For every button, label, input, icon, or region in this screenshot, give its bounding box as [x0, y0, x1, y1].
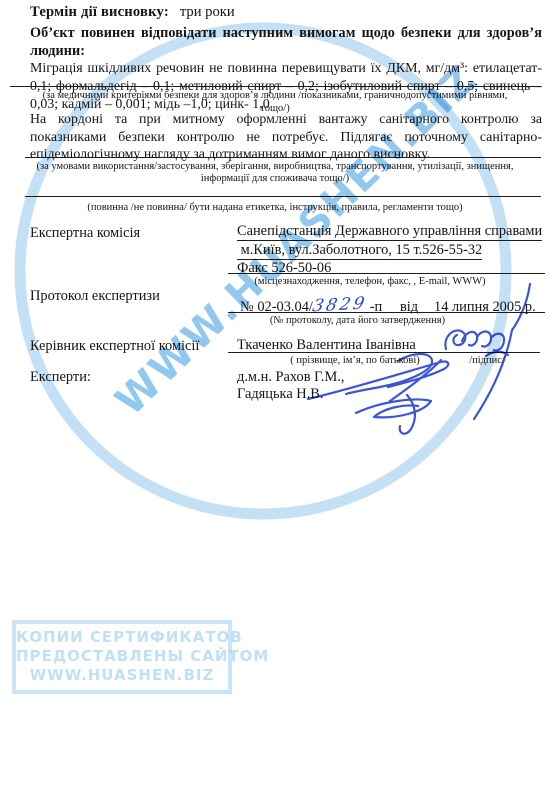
commission-org-line1: Санепідстанція Державного управління спр… — [237, 222, 542, 240]
expert-name-1: д.м.н. Рахов Г.М., — [237, 368, 344, 386]
customs-body: На кордоні та при митному оформленні ван… — [30, 112, 542, 162]
divider-rule — [228, 352, 540, 353]
requirements-heading: Об’єкт повинен відповідати наступним вим… — [30, 25, 542, 60]
protocol-label: Протокол експертизи — [30, 288, 160, 305]
customs-note-line2: інформації для споживача тощо/) — [0, 173, 550, 185]
watermark-stamp-line3: WWW.HUASHEN.BIZ — [16, 666, 228, 685]
divider-rule — [25, 196, 541, 197]
scanned-certificate-page: Термін дії висновку: три роки Об’єкт пов… — [0, 0, 550, 800]
protocol-caption: (№ протоколу, дата його затвердження) — [215, 315, 500, 326]
commission-org-line2: м.Київ, вул.Заболотного, 15 т.526-55-32 — [237, 241, 482, 259]
head-caption-signature: /підпис/ — [462, 355, 512, 366]
divider-rule — [25, 157, 541, 158]
requirements-note-line1: (за медичними критеріями безпеки для здо… — [0, 90, 550, 102]
watermark-stamp-line1: КОПИИ СЕРТИФИКАТОВ — [16, 628, 228, 647]
term-label: Термін дії висновку: — [30, 4, 169, 20]
commission-caption: (місцезнаходження, телефон, факс, , E-ma… — [225, 276, 515, 287]
customs-note-line1: (за умовами використання/застосування, з… — [0, 161, 550, 173]
divider-rule — [228, 312, 545, 313]
protocol-date-prep: від — [400, 298, 418, 316]
commission-label: Експертна комісія — [30, 225, 140, 242]
head-label: Керівник експертної комісії — [30, 338, 199, 355]
watermark-stamp-box: КОПИИ СЕРТИФИКАТОВ ПРЕДОСТАВЛЕНЫ САЙТОМ … — [12, 620, 232, 694]
divider-rule — [10, 86, 541, 87]
watermark-stamp-line2: ПРЕДОСТАВЛЕНЫ САЙТОМ — [16, 647, 228, 666]
term-line: Термін дії висновку: три роки — [30, 4, 235, 21]
head-caption-name: ( прізвище, ім’я, по батькові) — [240, 355, 470, 366]
protocol-date-value: 14 липня 2005 р. — [434, 298, 536, 316]
term-value: три роки — [180, 4, 235, 20]
protocol-number-line: № 02-03.04/3829 -п — [240, 297, 382, 316]
experts-label: Експерти: — [30, 369, 91, 386]
label-requirement-note: (повинна /не повинна/ бути надана етикет… — [0, 202, 550, 214]
expert-signature-ink — [308, 354, 448, 434]
divider-rule — [228, 273, 545, 274]
expert-name-2: Гадяцька Н.В. — [237, 385, 324, 403]
